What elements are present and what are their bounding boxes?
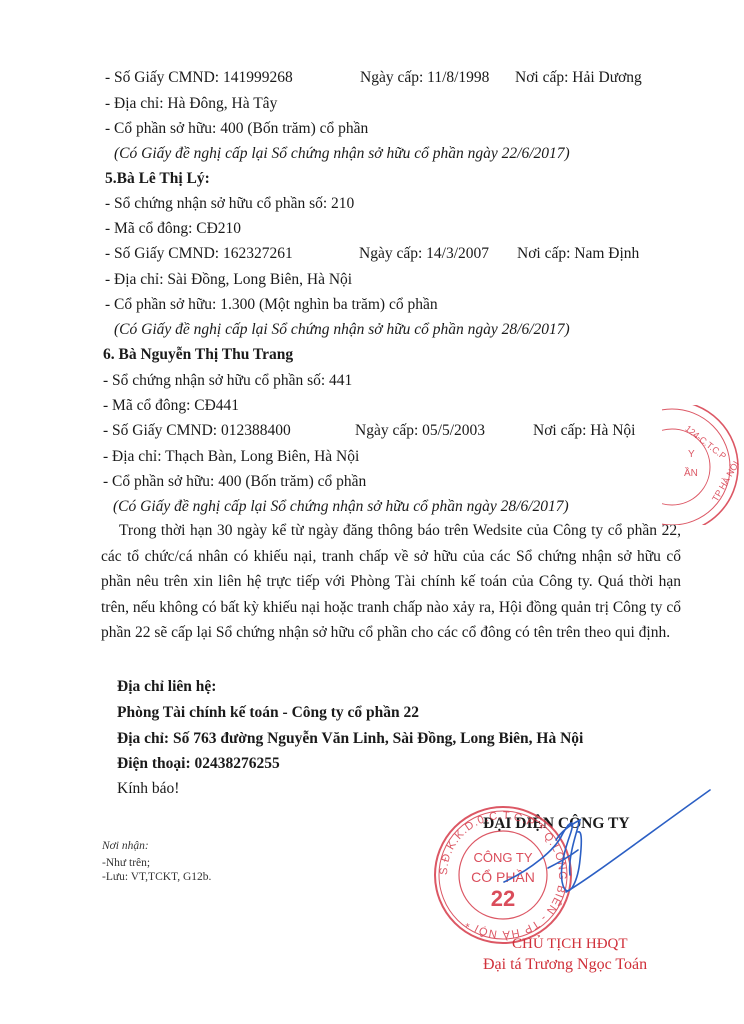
sh5-certificate: - Sổ chứng nhận sở hữu cổ phần số: 210 (105, 194, 354, 214)
sh5-issue-place: Nơi cấp: Nam Định (517, 244, 639, 264)
edge-fragment-y: Y (688, 449, 695, 460)
sh4-issue-date: Ngày cấp: 11/8/1998 (360, 68, 489, 88)
notice-paragraph: Trong thời hạn 30 ngày kể từ ngày đăng t… (101, 518, 681, 646)
sh6-shares: - Cổ phần sở hữu: 400 (Bốn trăm) cổ phần (103, 472, 366, 492)
sh6-issue-place: Nơi cấp: Hà Nội (533, 421, 635, 441)
sh6-certificate: - Sổ chứng nhận sở hữu cổ phần số: 441 (103, 371, 352, 391)
edge-stamp: 124-C.T.C.P TP HÀ NỘI Y ẦN (662, 405, 744, 525)
sh4-address: - Địa chỉ: Hà Đông, Hà Tây (105, 94, 277, 114)
signer-position: CHỦ TỊCH HĐQT (512, 934, 628, 954)
sh5-note: (Có Giấy đề nghị cấp lại Sổ chứng nhận s… (114, 320, 570, 340)
sh6-heading: 6. Bà Nguyễn Thị Thu Trang (103, 345, 293, 365)
sh4-note: (Có Giấy đề nghị cấp lại Sổ chứng nhận s… (114, 144, 570, 164)
handwritten-signature (500, 780, 720, 910)
closing: Kính báo! (117, 779, 179, 799)
sh5-address: - Địa chỉ: Sài Đồng, Long Biên, Hà Nội (105, 270, 352, 290)
contact-department: Phòng Tài chính kế toán - Công ty cổ phầ… (117, 703, 419, 723)
sh6-code: - Mã cổ đông: CĐ441 (103, 396, 239, 416)
sh5-code: - Mã cổ đông: CĐ210 (105, 219, 241, 239)
contact-phone: Điện thoại: 02438276255 (117, 754, 280, 774)
contact-label: Địa chỉ liên hệ: (117, 677, 216, 697)
recipients-label: Nơi nhận: (102, 840, 149, 853)
sh5-issue-date: Ngày cấp: 14/3/2007 (359, 244, 489, 264)
recipient-item: -Như trên; (102, 857, 150, 870)
edge-fragment-an: ẦN (684, 466, 698, 479)
sh5-id-number: - Số Giấy CMND: 162327261 (105, 244, 293, 264)
signer-name: Đại tá Trương Ngọc Toán (483, 955, 647, 975)
sh6-id-number: - Số Giấy CMND: 012388400 (103, 421, 291, 441)
sh5-heading: 5.Bà Lê Thị Lý: (105, 169, 210, 189)
sh4-id-number: - Số Giấy CMND: 141999268 (105, 68, 293, 88)
sh4-issue-place: Nơi cấp: Hải Dương (515, 68, 642, 88)
recipient-item: -Lưu: VT,TCKT, G12b. (102, 871, 211, 884)
sh6-issue-date: Ngày cấp: 05/5/2003 (355, 421, 485, 441)
sh5-shares: - Cổ phần sở hữu: 1.300 (Một nghìn ba tr… (105, 295, 438, 315)
sh6-note: (Có Giấy đề nghị cấp lại Sổ chứng nhận s… (113, 497, 569, 517)
sh6-address: - Địa chỉ: Thạch Bàn, Long Biên, Hà Nội (103, 447, 359, 467)
contact-address: Địa chỉ: Số 763 đường Nguyễn Văn Linh, S… (117, 729, 583, 749)
sh4-shares: - Cổ phần sở hữu: 400 (Bốn trăm) cổ phần (105, 119, 368, 139)
